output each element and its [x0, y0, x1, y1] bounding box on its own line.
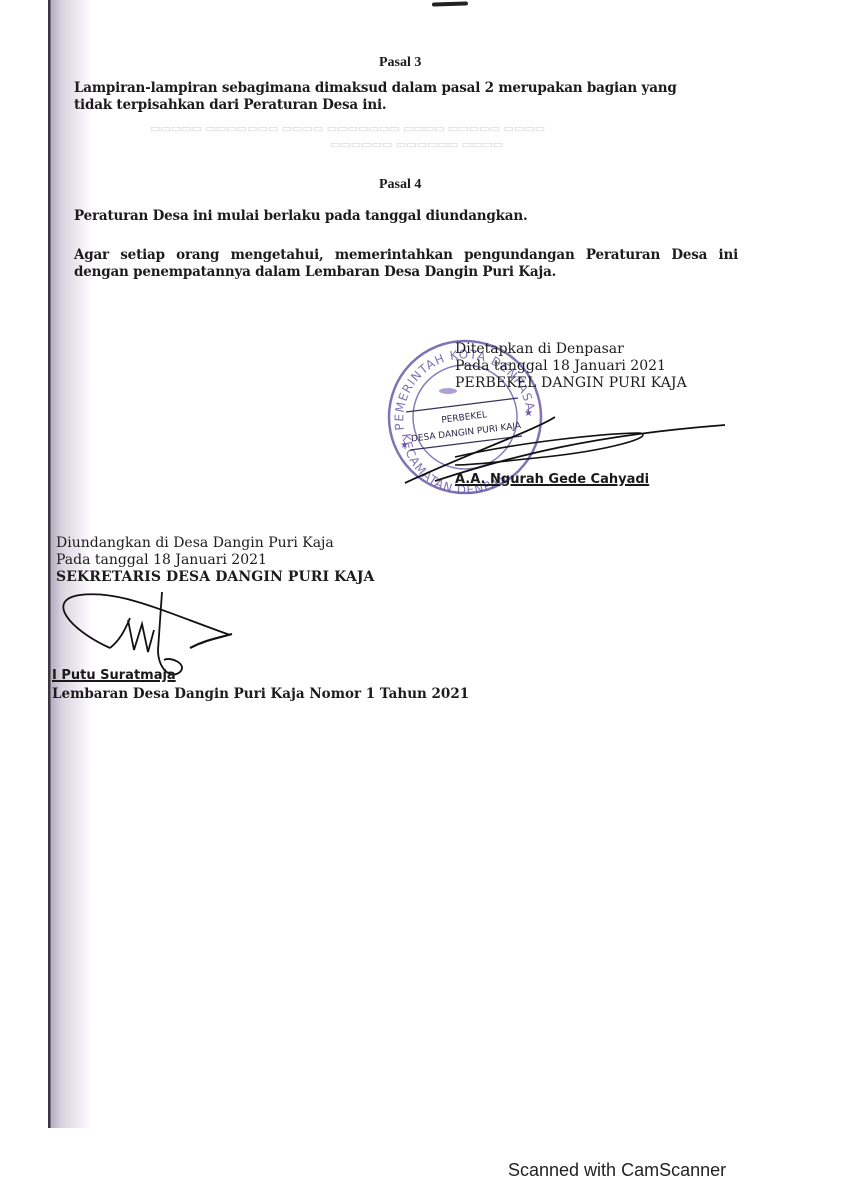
pasal-4-paragraph-1: Peraturan Desa ini mulai berlaku pada ta…: [74, 208, 527, 225]
bleed-through-text: ▭▭▭▭▭ ▭▭▭▭▭▭▭ ▭▭▭▭ ▭▭▭▭▭▭▭ ▭▭▭▭ ▭▭▭▭▭ ▭▭…: [150, 122, 545, 135]
svg-text:★: ★: [400, 440, 409, 451]
gazette-reference: Lembaran Desa Dangin Puri Kaja Nomor 1 T…: [52, 686, 469, 702]
pasal-3-text: Lampiran-lampiran sebagimana dimaksud da…: [74, 80, 718, 114]
scan-artifact-mark: [432, 1, 468, 6]
pasal-3-line: Lampiran-lampiran sebagimana dimaksud da…: [74, 80, 718, 97]
svg-text:★: ★: [524, 408, 533, 419]
scanner-credit: Scanned with CamScanner: [508, 1160, 726, 1181]
pasal-3-heading: Pasal 3: [379, 55, 421, 71]
pasal-4-heading: Pasal 4: [379, 177, 421, 193]
stamp-inner-line-2: DESA DANGIN PURI KAJA: [411, 421, 523, 445]
pasal-3-line: tidak terpisahkan dari Peraturan Desa in…: [74, 97, 718, 114]
stamp-inner-line-1: PERBEKEL: [441, 410, 488, 426]
promulgation-date: Pada tanggal 18 Januari 2021: [56, 552, 375, 569]
promulgation-title: SEKRETARIS DESA DANGIN PURI KAJA: [56, 569, 375, 586]
enactment-block: Ditetapkan di Denpasar Pada tanggal 18 J…: [455, 341, 687, 392]
perbekel-name: A.A. Ngurah Gede Cahyadi: [455, 472, 649, 487]
bleed-through-text: ▭▭▭▭▭▭ ▭▭▭▭▭▭ ▭▭▭▭: [330, 138, 503, 151]
promulgation-block: Diundangkan di Desa Dangin Puri Kaja Pad…: [56, 535, 375, 586]
sekretaris-name: I Putu Suratmaja: [52, 668, 176, 683]
pasal-4-paragraph-2: Agar setiap orang mengetahui, memerintah…: [74, 247, 738, 281]
promulgation-place: Diundangkan di Desa Dangin Puri Kaja: [56, 535, 375, 552]
enactment-place: Ditetapkan di Denpasar: [455, 341, 687, 358]
pasal-4-line: dengan penempatannya dalam Lembaran Desa…: [74, 264, 738, 281]
pasal-4-line: Peraturan Desa ini mulai berlaku pada ta…: [74, 208, 527, 225]
enactment-title: PERBEKEL DANGIN PURI KAJA: [455, 375, 687, 392]
pasal-4-line: Agar setiap orang mengetahui, memerintah…: [74, 247, 738, 264]
enactment-date: Pada tanggal 18 Januari 2021: [455, 358, 687, 375]
